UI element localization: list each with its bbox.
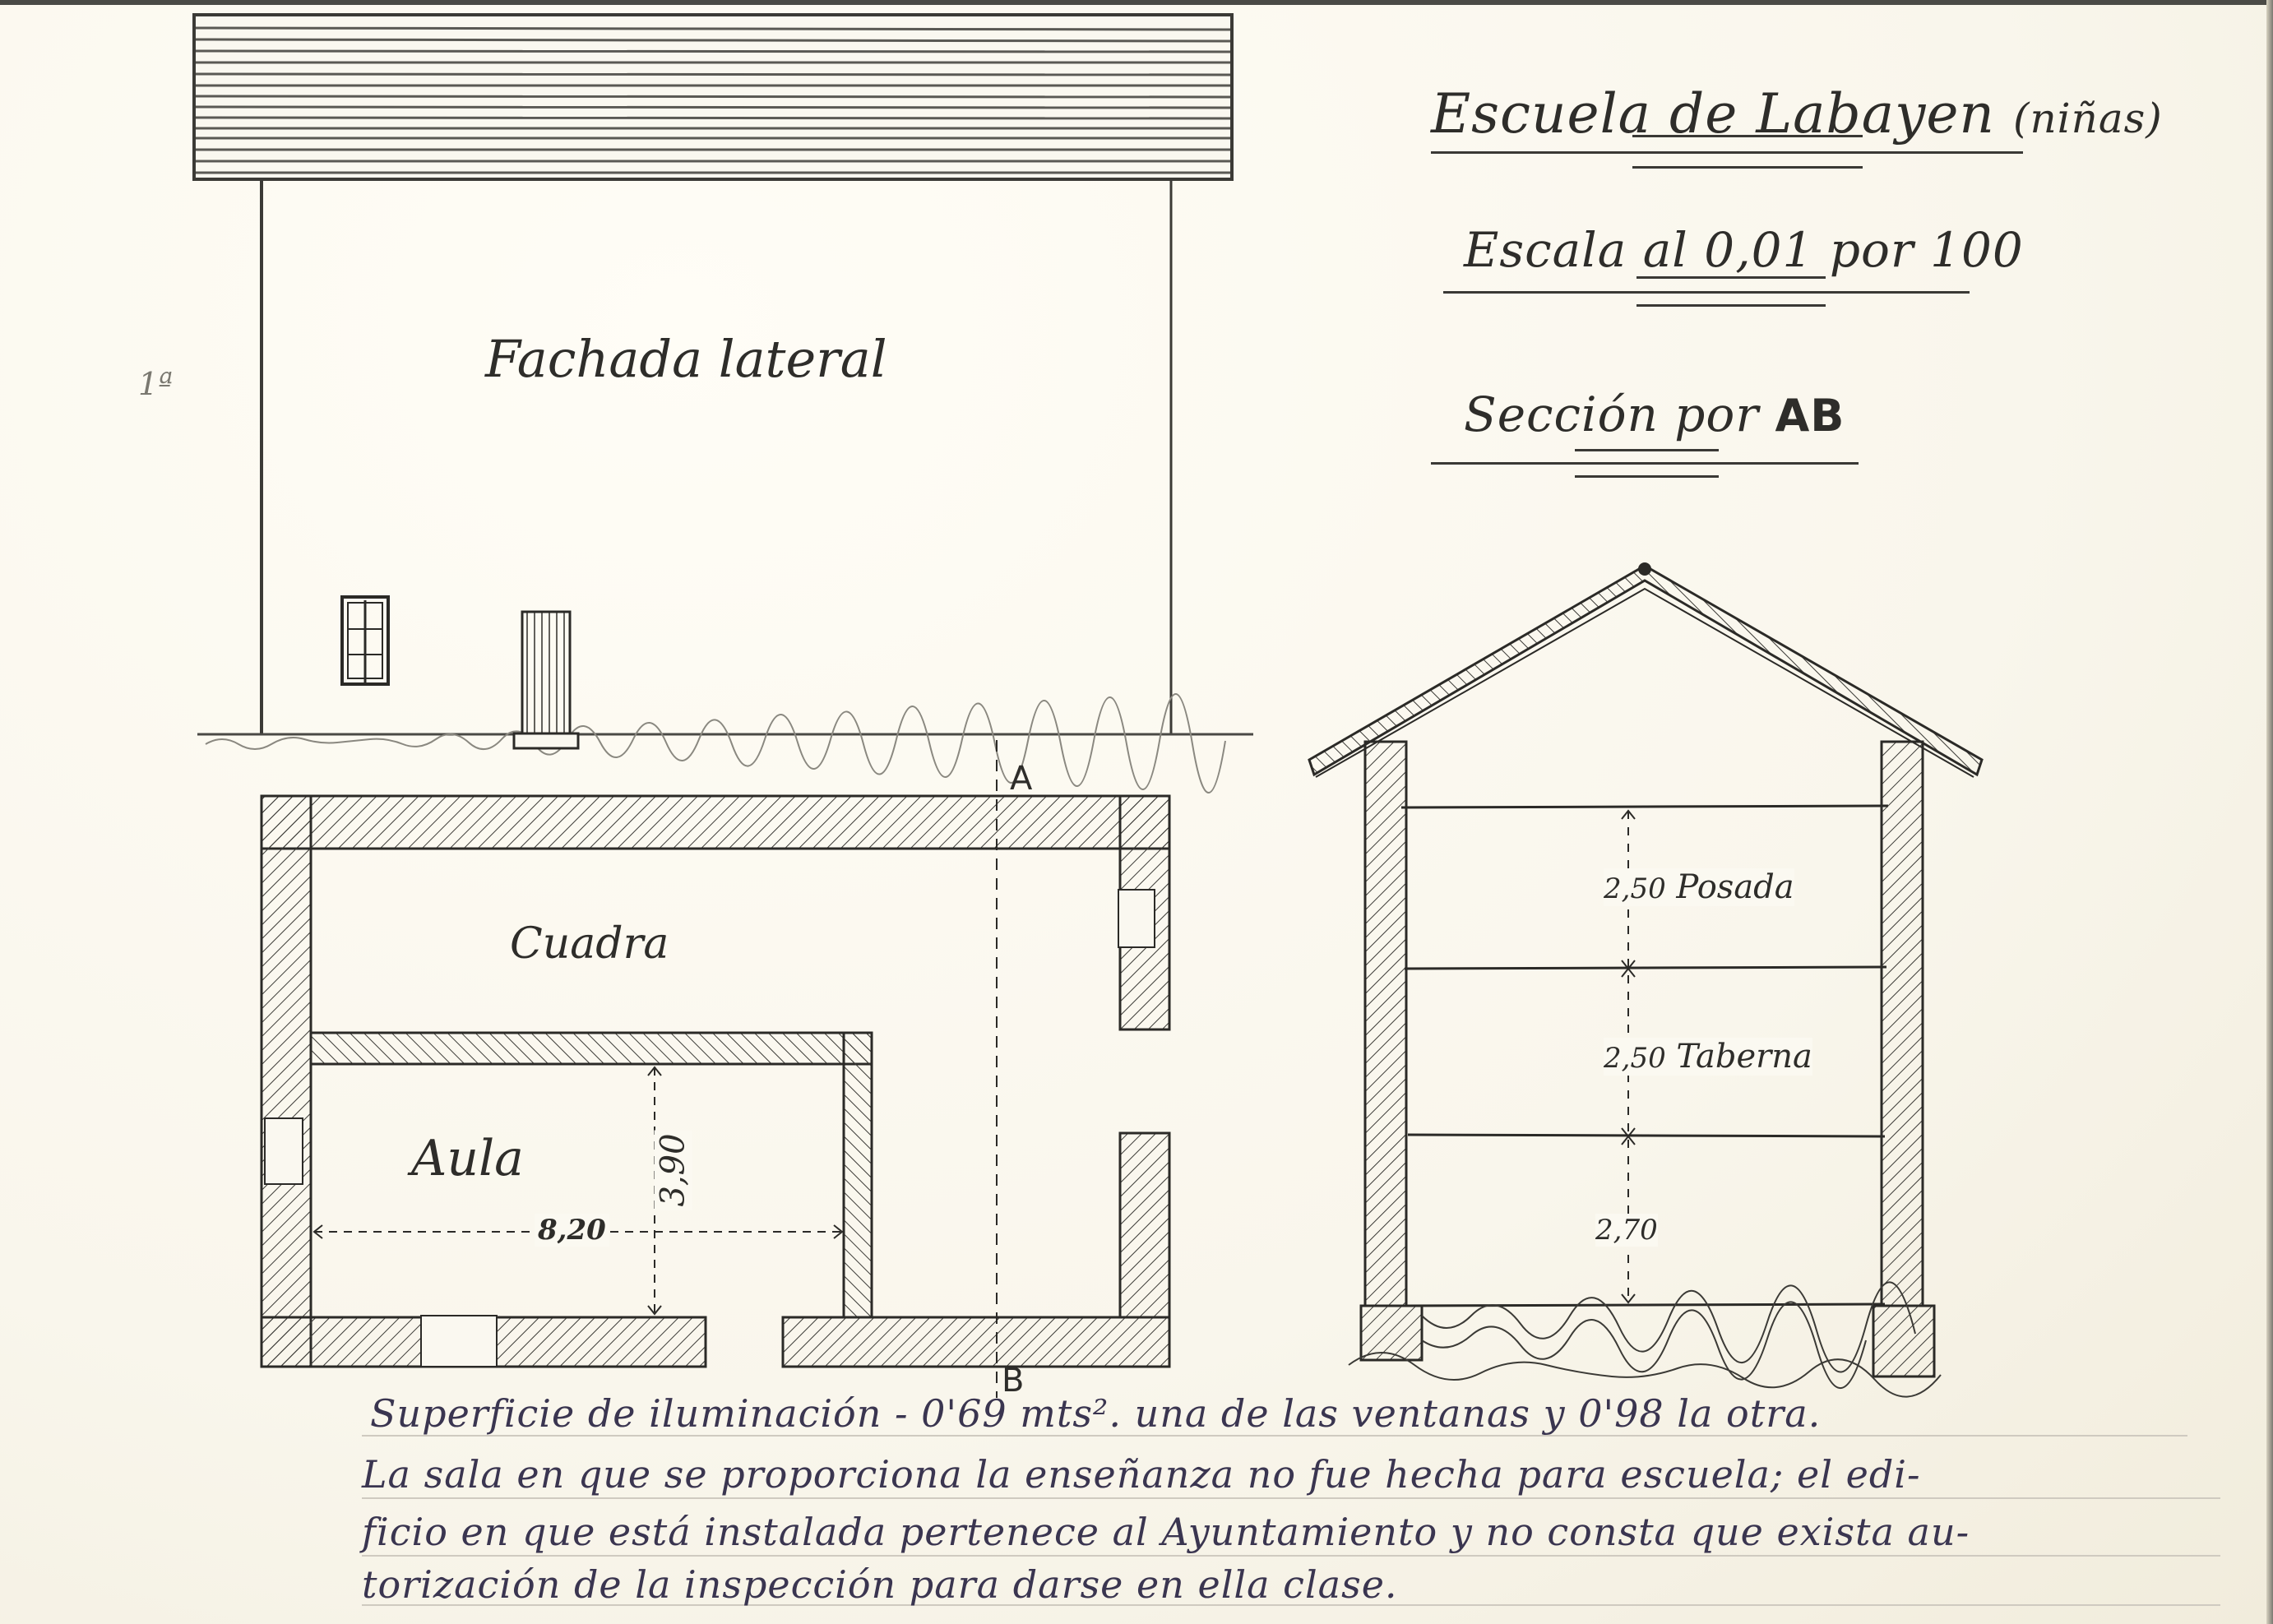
elevation-label: Fachada lateral [485,329,887,389]
section-underline-double-1 [1575,449,1719,451]
elevation-door [514,612,578,748]
note-line-3: ficio en que está instalada pertenece al… [362,1510,1970,1554]
floor-2-height: 2,50 [1604,1042,1666,1075]
title-underline-double-1 [1632,135,1863,137]
elevation-window [342,597,388,684]
title-underline [1431,151,2023,154]
section-marker-a: A [1010,760,1032,798]
scale-underline [1443,291,1970,294]
section-underline [1431,462,1859,465]
note-line-2: La sala en que se proporciona la enseñan… [362,1452,1921,1497]
note-line-1: Superficie de iluminación - 0'69 mts². u… [370,1391,1821,1436]
section-floor-1: 2,50 Posada [1604,868,1794,906]
room-label-cuadra: Cuadra [510,919,669,969]
section-ab [1309,562,1982,1397]
section-title-letters: AB [1775,390,1845,442]
plan-dimension-depth: 3,90 [655,1130,692,1210]
floor-1-label: Posada [1676,868,1794,906]
room-label-aula: Aula [411,1130,524,1187]
plan-dimension-width: 8,20 [535,1214,609,1247]
scale-note: Escala al 0,01 por 100 [1464,222,2024,278]
section-floor-2: 2,50 Taberna [1604,1038,1812,1076]
note-line-4: torización de la inspección para darse e… [362,1562,1398,1607]
margin-mark: 1ª [138,366,173,402]
side-elevation [194,15,1253,793]
floor-1-height: 2,50 [1604,872,1666,905]
scale-underline-double-1 [1636,276,1826,279]
floor-plan [262,740,1169,1398]
section-underline-double-2 [1575,475,1719,478]
section-title: Sección por AB [1464,386,1845,442]
floor-2-label: Taberna [1676,1038,1812,1076]
section-title-text: Sección por [1464,386,1759,442]
scale-underline-double-2 [1636,304,1826,307]
title-underline-double-2 [1632,166,1863,169]
floor-3-height: 2,70 [1595,1214,1658,1247]
title-suffix: (niñas) [2013,95,2163,142]
